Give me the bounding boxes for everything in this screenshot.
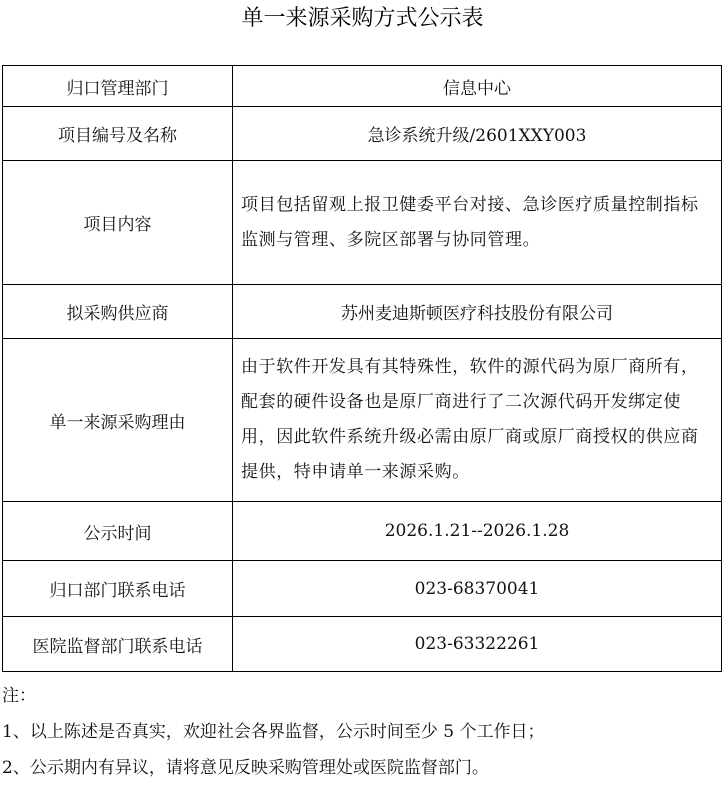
page-title: 单一来源采购方式公示表: [0, 4, 725, 34]
label-reason: 单一来源采购理由: [3, 339, 233, 502]
table-row-reason: 单一来源采购理由 由于软件开发具有其特殊性，软件的源代码为原厂商所有，配套的硬件…: [3, 339, 722, 502]
table-row-supplier: 拟采购供应商 苏州麦迪斯顿医疗科技股份有限公司: [3, 285, 722, 339]
value-dept-phone: 023-68370041: [233, 561, 722, 617]
notes-heading: 注：: [2, 678, 722, 714]
label-supervision-phone: 医院监督部门联系电话: [3, 617, 233, 672]
value-department: 信息中心: [233, 66, 722, 107]
label-notice-period: 公示时间: [3, 502, 233, 561]
table-row-department: 归口管理部门 信息中心: [3, 66, 722, 107]
note-item: 2、公示期内有异议，请将意见反映采购管理处或医院监督部门。: [2, 750, 722, 786]
notes-section: 注： 1、以上陈述是否真实，欢迎社会各界监督，公示时间至少 5 个工作日； 2、…: [2, 678, 722, 786]
value-project-id: 急诊系统升级/2601XXY003: [233, 107, 722, 161]
table-row-notice-period: 公示时间 2026.1.21--2026.1.28: [3, 502, 722, 561]
table-row-dept-phone: 归口部门联系电话 023-68370041: [3, 561, 722, 617]
table-row-project-id: 项目编号及名称 急诊系统升级/2601XXY003: [3, 107, 722, 161]
label-dept-phone: 归口部门联系电话: [3, 561, 233, 617]
table-row-supervision-phone: 医院监督部门联系电话 023-63322261: [3, 617, 722, 672]
label-project-id: 项目编号及名称: [3, 107, 233, 161]
label-department: 归口管理部门: [3, 66, 233, 107]
procurement-notice-table: 归口管理部门 信息中心 项目编号及名称 急诊系统升级/2601XXY003 项目…: [2, 65, 722, 672]
label-supplier: 拟采购供应商: [3, 285, 233, 339]
note-item: 1、以上陈述是否真实，欢迎社会各界监督，公示时间至少 5 个工作日；: [2, 714, 722, 750]
label-project-content: 项目内容: [3, 161, 233, 285]
value-supplier: 苏州麦迪斯顿医疗科技股份有限公司: [233, 285, 722, 339]
value-reason: 由于软件开发具有其特殊性，软件的源代码为原厂商所有，配套的硬件设备也是原厂商进行…: [233, 339, 722, 502]
value-project-content: 项目包括留观上报卫健委平台对接、急诊医疗质量控制指标监测与管理、多院区部署与协同…: [233, 161, 722, 285]
value-notice-period: 2026.1.21--2026.1.28: [233, 502, 722, 561]
value-supervision-phone: 023-63322261: [233, 617, 722, 672]
table-row-project-content: 项目内容 项目包括留观上报卫健委平台对接、急诊医疗质量控制指标监测与管理、多院区…: [3, 161, 722, 285]
